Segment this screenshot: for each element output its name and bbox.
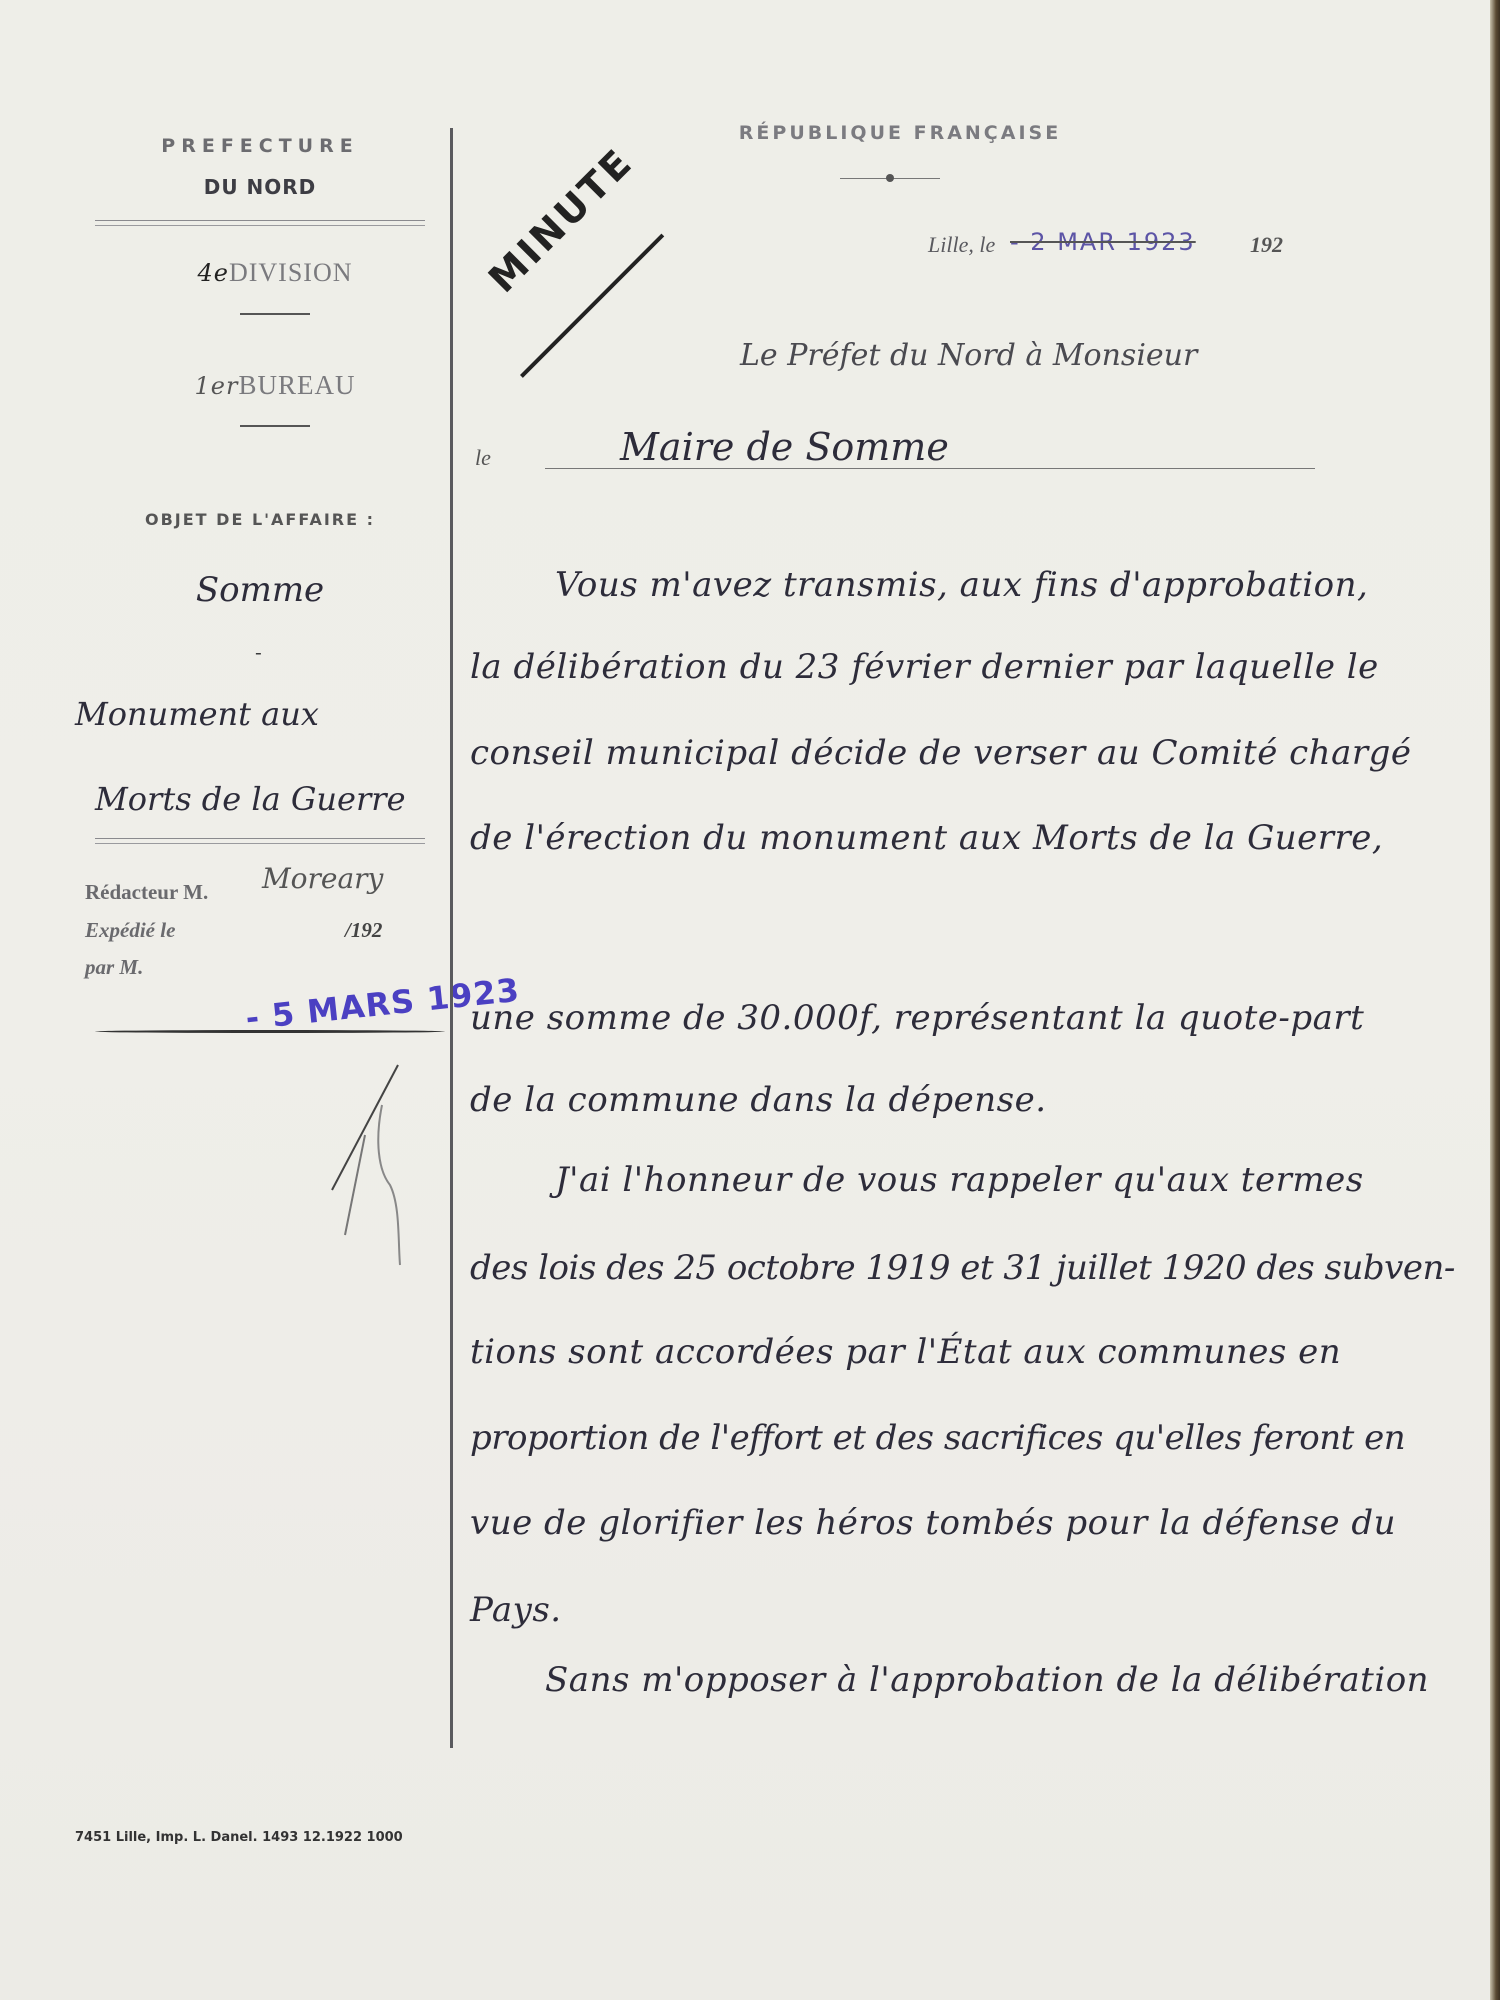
initials-mark — [320, 1060, 420, 1270]
date-stamp: - 2 MAR 1923 — [1010, 228, 1196, 256]
body-line: tions sont accordées par l'État aux comm… — [470, 1332, 1470, 1372]
salutation: Le Préfet du Nord à Monsieur — [740, 338, 1197, 373]
division-field: 4eDIVISION — [150, 258, 400, 288]
body-line: Pays. — [470, 1590, 1470, 1630]
republique-heading: RÉPUBLIQUE FRANÇAISE — [660, 122, 1140, 144]
prefecture-heading: PREFECTURE — [130, 135, 390, 157]
ornament-divider — [840, 174, 940, 184]
le-label: le — [475, 445, 491, 471]
division-label: DIVISION — [229, 258, 353, 287]
column-divider — [450, 128, 453, 1748]
bureau-number: 1er — [195, 372, 239, 400]
expedie-year: /192 — [345, 918, 382, 943]
objet-separator: - — [255, 640, 262, 664]
division-dash — [240, 313, 310, 315]
objet-divider — [95, 838, 425, 839]
body-line: Vous m'avez transmis, aux fins d'approba… — [555, 565, 1500, 605]
body-line: une somme de 30.000f, représentant la qu… — [470, 998, 1470, 1038]
page-edge — [1490, 0, 1500, 2000]
department-heading: DU NORD — [130, 175, 390, 199]
expedie-label: Expédié le — [85, 918, 175, 943]
objet-commune: Somme — [120, 570, 400, 610]
header-divider — [95, 220, 425, 221]
body-line: J'ai l'honneur de vous rappeler qu'aux t… — [555, 1160, 1500, 1200]
bureau-label: BUREAU — [238, 370, 355, 400]
redacteur-name: Moreary — [262, 862, 383, 895]
bureau-field: 1erBUREAU — [150, 370, 400, 401]
body-line: de la commune dans la dépense. — [470, 1080, 1470, 1120]
objet-label: OBJET DE L'AFFAIRE : — [100, 510, 420, 529]
par-label: par M. — [85, 955, 143, 980]
bureau-dash — [240, 425, 310, 427]
recipient-line — [545, 468, 1315, 469]
objet-subject-line2: Morts de la Guerre — [95, 780, 406, 818]
body-line: de l'érection du monument aux Morts de l… — [470, 818, 1470, 858]
body-line: la délibération du 23 février dernier pa… — [470, 647, 1470, 687]
year-suffix: 192 — [1250, 232, 1283, 258]
place-label: Lille, le — [928, 232, 995, 258]
body-line: conseil municipal décide de verser au Co… — [470, 733, 1470, 773]
printer-imprint: 7451 Lille, Imp. L. Danel. 1493 12.1922 … — [75, 1830, 403, 1845]
division-number: 4e — [197, 259, 228, 287]
body-line: vue de glorifier les héros tombés pour l… — [470, 1503, 1470, 1543]
recipient: Maire de Somme — [620, 425, 949, 469]
redacteur-label: Rédacteur M. — [85, 880, 208, 905]
body-line: proportion de l'effort et des sacrifices… — [470, 1418, 1470, 1458]
body-line: Sans m'opposer à l'approbation de la dél… — [545, 1660, 1500, 1700]
objet-subject-line1: Monument aux — [75, 695, 319, 733]
body-line: des lois des 25 octobre 1919 et 31 juill… — [470, 1248, 1470, 1288]
document-page: PREFECTURE DU NORD 4eDIVISION 1erBUREAU … — [0, 0, 1490, 2000]
